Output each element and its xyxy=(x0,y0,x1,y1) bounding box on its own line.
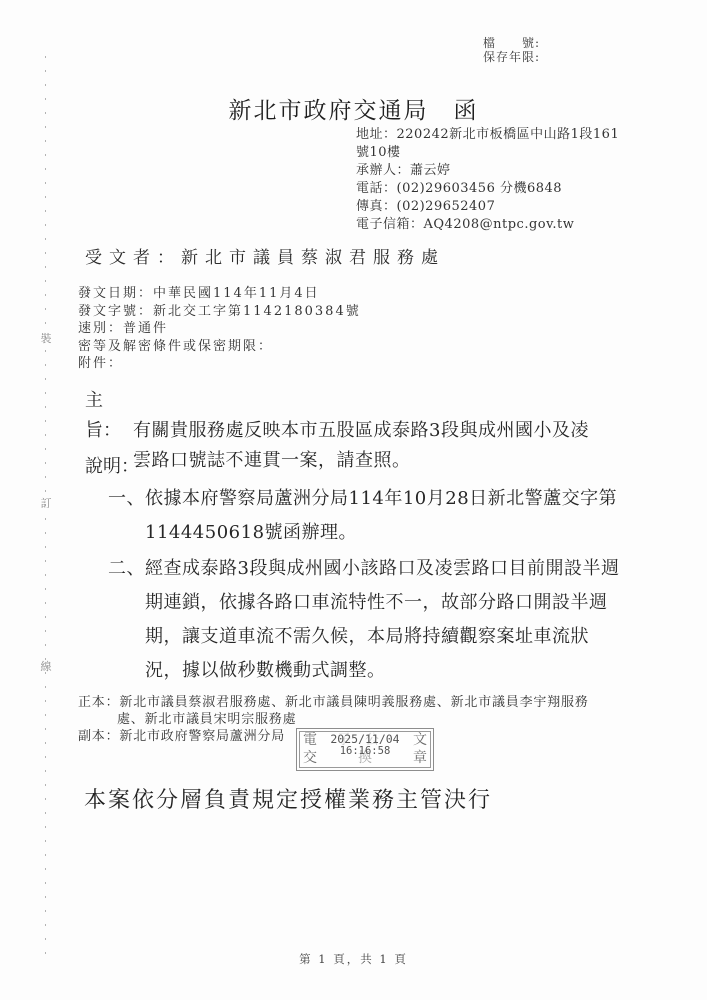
subject-line-2: 雲路口號誌不連貫一案，請查照。 xyxy=(85,446,589,476)
sender-address-line2: 號10樓 xyxy=(356,144,619,162)
original-copy-recipients-1: 新北市議員蔡淑君服務處、新北市議員陳明義服務處、新北市議員李宇翔服務 xyxy=(119,695,588,710)
item2-text-1: 經查成泰路3段與成州國小該路口及凌雲路口目前開設半週 xyxy=(145,558,619,579)
stamp-inner-border: 電 子公 文 交 換 章 2025/11/04 16:16:58 xyxy=(299,731,431,768)
recipient-line: 受文者：新北市議員蔡淑君服務處 xyxy=(85,243,445,268)
priority-line: 速別：普通件 xyxy=(78,320,361,338)
item2-number: 二、 xyxy=(108,558,145,579)
sender-phone: 電話：(02)29603456 分機6848 xyxy=(356,180,619,198)
item1-number: 一、 xyxy=(108,488,145,509)
security-classification-line: 密等及解密條件或保密期限： xyxy=(78,338,361,356)
sender-fax: 傳真：(02)29652407 xyxy=(356,198,619,216)
item2-line-1: 二、經查成泰路3段與成州國小該路口及凌雲路口目前開設半週 xyxy=(108,552,619,586)
item2-line-2: 期連鎖，依據各路口車流特性不一，故部分路口開設半週 xyxy=(108,586,619,620)
sender-info-block: 地址：220242新北市板橋區中山路1段161 號10樓 承辦人：蕭云婷 電話：… xyxy=(356,126,619,234)
subject-line-1: 主旨：有關貴服務處反映本市五股區成泰路3段與成州國小及凌 xyxy=(85,386,589,446)
document-meta-block: 發文日期：中華民國114年11月4日 發文字號：新北交工字第1142180384… xyxy=(78,285,361,373)
binding-dotted-line xyxy=(45,56,46,964)
official-letter-page: 裝 訂 線 檔 號: 保存年限: 新北市政府交通局 函 地址：220242新北市… xyxy=(0,0,707,1000)
subject-label: 主旨： xyxy=(85,386,133,446)
original-copy-label: 正本： xyxy=(78,695,119,710)
item2-line-3: 期，讓支道車流不需久候，本局將持續觀察案址車流狀 xyxy=(108,620,619,654)
stamp-time: 16:16:58 xyxy=(300,745,430,757)
file-number-label: 檔 號: xyxy=(483,36,540,50)
electronic-document-exchange-stamp: 電 子公 文 交 換 章 2025/11/04 16:16:58 xyxy=(296,728,434,771)
item2-line-4: 況，據以做秒數機動式調整。 xyxy=(108,654,619,688)
binding-mark-ding: 訂 xyxy=(39,498,53,510)
authorization-statement: 本案依分層負責規定授權業務主管決行 xyxy=(84,783,492,814)
item1-text-1: 依據本府警察局蘆洲分局114年10月28日新北警蘆交字第 xyxy=(145,488,617,509)
sender-contact-person: 承辦人：蕭云婷 xyxy=(356,162,619,180)
cc-copy-recipient: 新北市政府警察局蘆洲分局 xyxy=(119,729,285,744)
description-label: 說明： xyxy=(85,452,139,478)
retention-period-label: 保存年限: xyxy=(483,50,540,64)
sender-email: 電子信箱：AQ4208@ntpc.gov.tw xyxy=(356,216,619,234)
document-number-line: 發文字號：新北交工字第1142180384號 xyxy=(78,303,361,321)
item1-line-1: 一、依據本府警察局蘆洲分局114年10月28日新北警蘆交字第 xyxy=(108,482,617,516)
original-copy-line-1: 正本：新北市議員蔡淑君服務處、新北市議員陳明義服務處、新北市議員李宇翔服務 xyxy=(78,694,589,711)
original-copy-line-2: 處、新北市議員宋明宗服務處 xyxy=(78,711,589,728)
binding-mark-xian: 線 xyxy=(39,661,53,673)
subject-text-1: 有關貴服務處反映本市五股區成泰路3段與成州國小及凌 xyxy=(133,420,589,441)
item1-line-2: 1144450618號函辦理。 xyxy=(108,516,617,550)
subject-block: 主旨：有關貴服務處反映本市五股區成泰路3段與成州國小及凌 雲路口號誌不連貫一案，… xyxy=(85,386,589,476)
attachment-line: 附件： xyxy=(78,355,361,373)
binding-mark-zhuang: 裝 xyxy=(39,333,53,345)
description-item-2: 二、經查成泰路3段與成州國小該路口及凌雲路口目前開設半週 期連鎖，依據各路口車流… xyxy=(108,552,619,688)
description-item-1: 一、依據本府警察局蘆洲分局114年10月28日新北警蘆交字第 114445061… xyxy=(108,482,617,550)
cc-copy-label: 副本： xyxy=(78,729,119,744)
sender-address-line1: 地址：220242新北市板橋區中山路1段161 xyxy=(356,126,619,144)
page-number-footer: 第 1 頁，共 1 頁 xyxy=(0,951,707,967)
issue-date-line: 發文日期：中華民國114年11月4日 xyxy=(78,285,361,303)
file-number-block: 檔 號: 保存年限: xyxy=(483,36,540,64)
document-title: 新北市政府交通局 函 xyxy=(0,92,707,125)
